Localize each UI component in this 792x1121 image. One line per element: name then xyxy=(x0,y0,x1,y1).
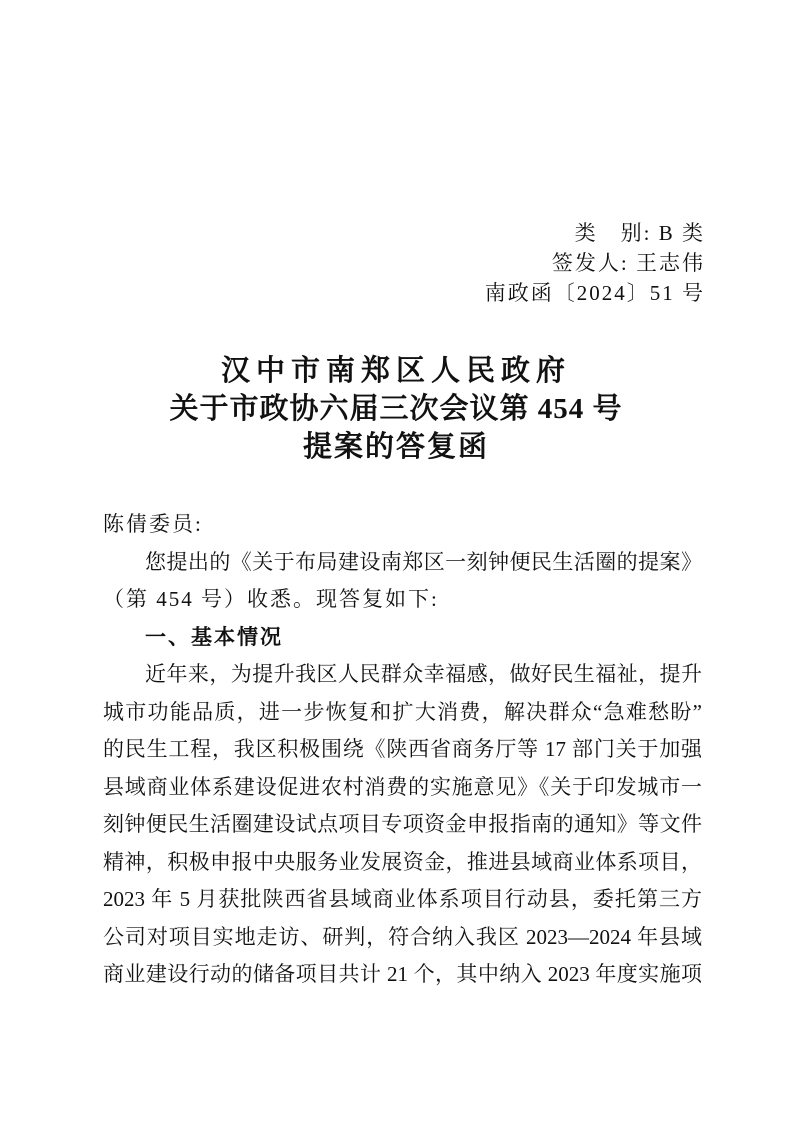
salutation: 陈倩委员: xyxy=(103,506,702,544)
document-title: 汉中市南郑区人民政府 关于市政协六届三次会议第 454 号 提案的答复函 xyxy=(0,352,792,466)
paragraph-2-line-8: 公司对项目实地走访、研判，符合纳入我区 2023—2024 年县域 xyxy=(103,919,702,957)
paragraph-2-line-4: 县域商业体系建设促进农村消费的实施意见》《关于印发城市一 xyxy=(103,769,702,807)
category-line: 类 别: B 类 xyxy=(485,218,705,248)
doc-number-line: 南政函〔2024〕51 号 xyxy=(485,278,705,308)
document-meta-block: 类 别: B 类 签发人: 王志伟 南政函〔2024〕51 号 xyxy=(485,218,705,308)
paragraph-2-line-5: 刻钟便民生活圈建设试点项目专项资金申报指南的通知》等文件 xyxy=(103,806,702,844)
paragraph-1-line-1: 您提出的《关于布局建设南郑区一刻钟便民生活圈的提案》 xyxy=(103,544,702,582)
paragraph-2-line-1: 近年来，为提升我区人民群众幸福感，做好民生福祉，提升 xyxy=(103,656,702,694)
title-line-1: 汉中市南郑区人民政府 xyxy=(0,352,792,390)
paragraph-2-line-3: 的民生工程，我区积极围绕《陕西省商务厅等 17 部门关于加强 xyxy=(103,731,702,769)
title-line-2: 关于市政协六届三次会议第 454 号 xyxy=(0,390,792,428)
signer-line: 签发人: 王志伟 xyxy=(485,248,705,278)
paragraph-2-line-6: 精神，积极申报中央服务业发展资金，推进县域商业体系项目， xyxy=(103,844,702,882)
document-body: 陈倩委员: 您提出的《关于布局建设南郑区一刻钟便民生活圈的提案》 （第 454 … xyxy=(103,506,702,994)
paragraph-2-line-2: 城市功能品质，进一步恢复和扩大消费，解决群众“急难愁盼” xyxy=(103,694,702,732)
section-heading: 一、基本情况 xyxy=(103,619,702,657)
paragraph-2-line-7: 2023 年 5 月获批陕西省县域商业体系项目行动县，委托第三方 xyxy=(103,881,702,919)
paragraph-1-line-2: （第 454 号）收悉。现答复如下: xyxy=(103,581,702,619)
title-line-3: 提案的答复函 xyxy=(0,428,792,466)
document-page: 类 别: B 类 签发人: 王志伟 南政函〔2024〕51 号 汉中市南郑区人民… xyxy=(0,0,792,1121)
paragraph-2-line-9: 商业建设行动的储备项目共计 21 个，其中纳入 2023 年度实施项 xyxy=(103,956,702,994)
